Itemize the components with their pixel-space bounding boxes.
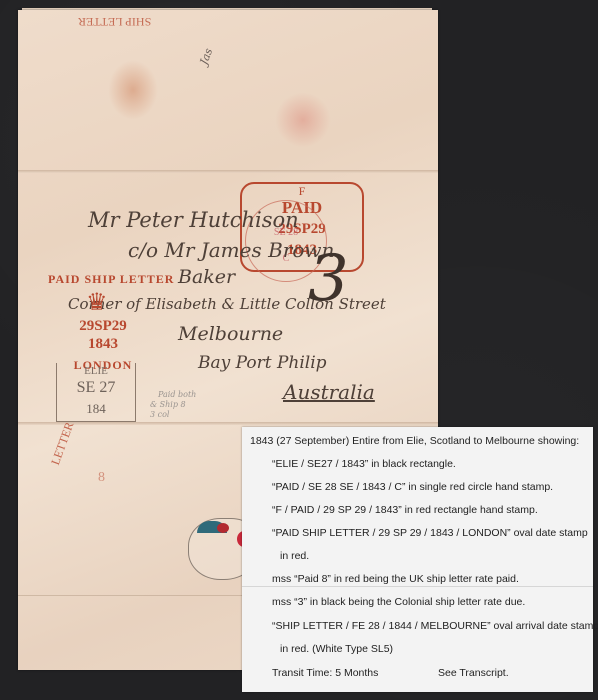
caption-item: “PAID / SE 28 SE / 1843 / C” in single r… <box>272 481 553 493</box>
address-line: Mr Peter Hutchison <box>88 208 299 232</box>
faint-red-speckle <box>273 90 333 150</box>
handwritten-docket: Jas <box>197 46 215 66</box>
caption-item: “SHIP LETTER / FE 28 / 1844 / MELBOURNE”… <box>272 620 598 632</box>
fold-line <box>18 170 438 173</box>
address-line: c/o Mr James Brown <box>128 238 334 262</box>
caption-item: mss “Paid 8” in red being the UK ship le… <box>272 573 519 585</box>
ship-letter-faint-stamp: SHIP LETTER <box>78 14 151 29</box>
caption-item: “F / PAID / 29 SP 29 / 1843” in red rect… <box>272 504 538 516</box>
crown-icon: ♛ <box>86 288 108 317</box>
stamp-text: PAID SHIP LETTER <box>48 272 158 287</box>
address-line: Australia <box>283 380 375 404</box>
red-wax-spot <box>217 523 229 533</box>
caption-item: in red. <box>280 550 309 562</box>
address-line: Bay Port Philip <box>198 353 327 373</box>
faint-red-blot <box>108 60 158 120</box>
divider <box>242 586 593 587</box>
address-line: Baker <box>178 266 235 288</box>
pencil-note: Paid both <box>158 390 196 399</box>
caption-title: 1843 (27 September) Entire from Elie, Sc… <box>250 435 579 447</box>
pencil-note: & Ship 8 <box>150 400 186 409</box>
manuscript-rate-due: 3 <box>308 242 349 316</box>
transit-time: Transit Time: 5 Months <box>272 667 378 679</box>
fold-line <box>18 422 438 425</box>
caption-item: in red. (White Type SL5) <box>280 643 393 655</box>
stamp-text: 1843 <box>48 336 158 353</box>
caption-item: mss “3” in black being the Colonial ship… <box>272 596 525 608</box>
caption-item: “PAID SHIP LETTER / 29 SP 29 / 1843 / LO… <box>272 527 588 539</box>
stamp-text: F <box>242 184 362 199</box>
elie-black-rectangle-stamp: ELIE SE 27 184 <box>56 363 136 422</box>
ship-letter-arrival-stamp: LETTER <box>48 420 77 467</box>
pencil-note: 3 col <box>150 410 170 419</box>
stamp-text: 29SP29 <box>48 318 158 335</box>
stamp-text: SE 27 <box>57 379 135 397</box>
see-transcript-note: See Transcript. <box>438 667 509 679</box>
stamp-text: 184 <box>57 401 135 417</box>
faint-8-mark: 8 <box>98 470 105 486</box>
stamp-text: ELIE <box>57 365 135 377</box>
caption-item: “ELIE / SE27 / 1843” in black rectangle. <box>272 458 456 470</box>
address-line: Melbourne <box>178 323 283 345</box>
description-caption-card: 1843 (27 September) Entire from Elie, Sc… <box>242 427 593 692</box>
